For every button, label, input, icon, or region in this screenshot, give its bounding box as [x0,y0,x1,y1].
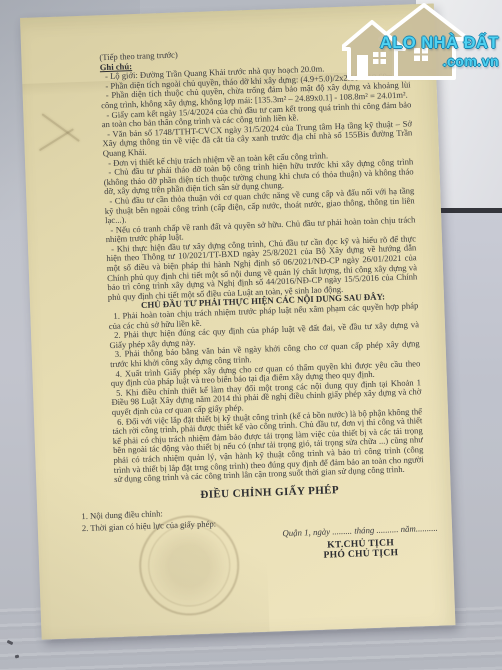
permit-document-page: (Tiếp theo trang trước) Ghi chú: - Lộ gi… [20,4,455,640]
signature-block: Quận 1, ngày ......... tháng .......... … [254,523,467,562]
document-text-block: (Tiếp theo trang trước) Ghi chú: - Lộ gi… [20,4,455,640]
watermark-brand-text: ALO NHÀ ĐẤT [380,34,499,53]
watermark-domain-text: .com.vn [443,53,499,69]
alo-nha-dat-watermark: ALO NHÀ ĐẤT .com.vn [346,0,502,84]
photo-scene: (Tiếp theo trang trước) Ghi chú: - Lộ gi… [0,0,502,670]
obligation-item: 6. Đối với việc lắp đặt thiết bị kỹ thuậ… [112,407,424,485]
